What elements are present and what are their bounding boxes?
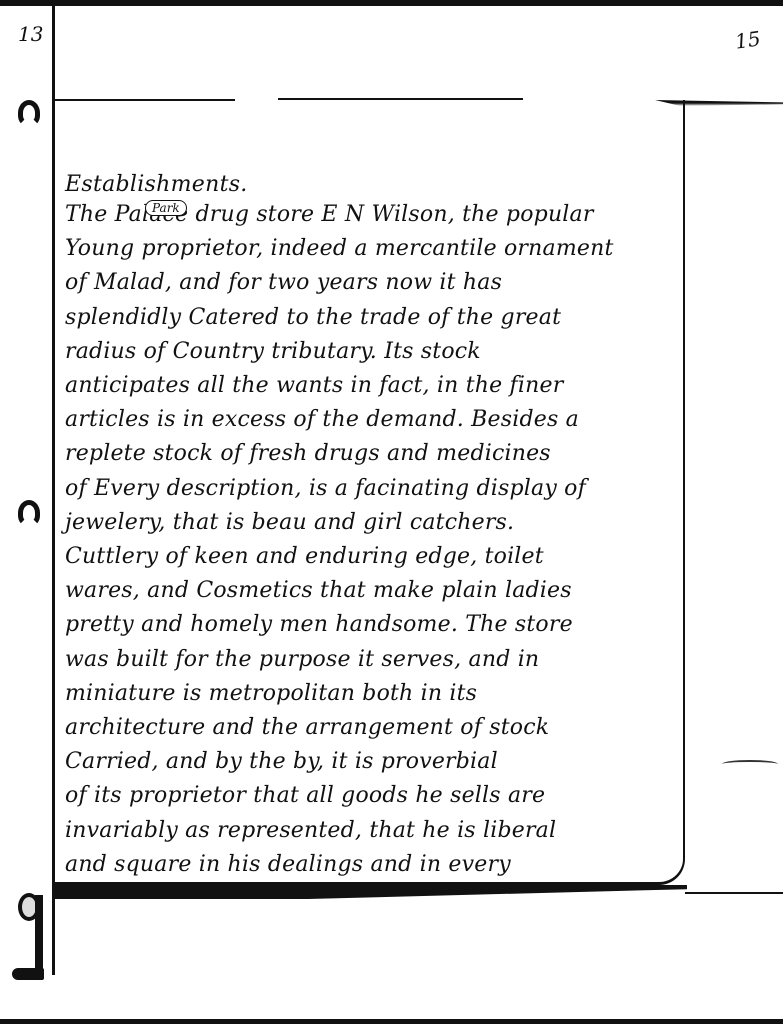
text-line: architecture and the arrangement of stoc…	[65, 711, 685, 745]
handwritten-text: Establishments. Park The Palace drug sto…	[65, 172, 685, 882]
scan-bottom-edge	[0, 1019, 783, 1024]
text-line: of Every description, is a facinating di…	[65, 472, 685, 506]
text-line: and square in his dealings and in every	[65, 848, 685, 882]
text-line: Cuttlery of keen and enduring edge, toil…	[65, 540, 685, 574]
text-line: splendidly Catered to the trade of the g…	[65, 301, 685, 335]
text-line: articles is in excess of the demand. Bes…	[65, 403, 685, 437]
text-line: anticipates all the wants in fact, in th…	[65, 369, 685, 403]
card-bottom-shadow	[55, 885, 687, 899]
text-line: wares, and Cosmetics that make plain lad…	[65, 574, 685, 608]
scan-top-edge	[0, 0, 783, 6]
margin-annotation: Park	[145, 200, 187, 216]
text-line: was built for the purpose it serves, and…	[65, 643, 685, 677]
text-line: replete stock of fresh drugs and medicin…	[65, 437, 685, 471]
binder-hole-icon	[18, 100, 40, 126]
page-number-left: 13	[18, 22, 43, 46]
text-line: pretty and homely men handsome. The stor…	[65, 608, 685, 642]
text-line: jewelery, that is beau and girl catchers…	[65, 506, 685, 540]
text-line: Carried, and by the by, it is proverbial	[65, 745, 685, 779]
scan-corner-mark	[12, 968, 44, 980]
text-line: of Malad, and for two years now it has	[65, 266, 685, 300]
text-line: invariably as represented, that he is li…	[65, 814, 685, 848]
adjacent-page-panel	[685, 104, 783, 894]
text-line: of its proprietor that all goods he sell…	[65, 779, 685, 813]
scan-corner-mark	[35, 895, 43, 970]
section-heading: Establishments.	[65, 172, 685, 198]
text-line: Young proprietor, indeed a mercantile or…	[65, 232, 685, 266]
text-line: miniature is metropolitan both in its	[65, 677, 685, 711]
page-number-right: 15	[733, 26, 762, 53]
binder-hole-icon	[18, 500, 40, 526]
margin-mark	[722, 760, 778, 768]
text-line: radius of Country tributary. Its stock	[65, 335, 685, 369]
